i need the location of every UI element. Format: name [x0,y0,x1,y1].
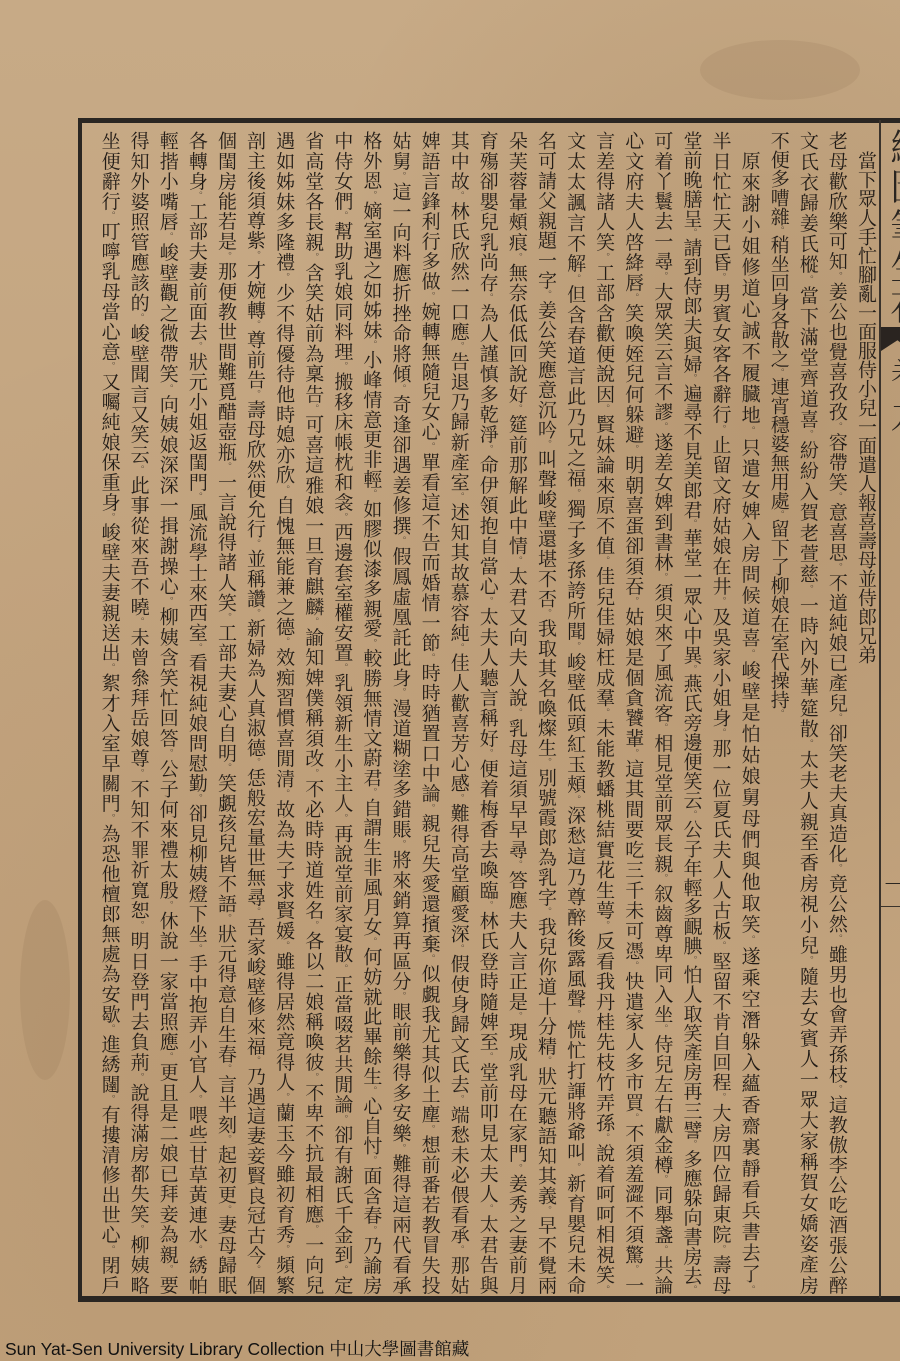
library-collection-caption: Sun Yat-Sen University Library Collectio… [5,1336,469,1361]
text-column: 文太太諷言不解。但含春道言此乃兄之福。獨子多孫誇所聞。峻壁低頭紅玉頰。深愁這乃尊… [560,131,589,1294]
paper-stain [20,900,70,1080]
text-column: 得知外婆照管應該的。峻壁聞言又笑云。此事從來吾不曉。未曾叅拜岳娘尊。不知不罪祈寬… [124,131,153,1294]
banner-book-title: 繪圖筆生花 [884,128,900,328]
text-column: 不便多嘈雜。稍坐回身各散之。連宵穩婆無用處。留下了柳娘在室代操持。 [764,131,793,1294]
text-column: 言差得諸人笑。工部含歡便說因。賢妹論來原不值。佳兒佳婦枉成羣。未能教蟠桃結實花生… [589,131,618,1294]
fishtail-mark-icon [881,327,900,351]
text-column: 老母歡欣樂可知。姜公也覺喜孜孜。容帶笑。意喜思。不道純娘已產兒。卻笑老夫真造化。… [822,131,851,1294]
banner-tick-line [880,906,900,907]
text-column: 文氏衣歸姜氏樅。當下滿堂齊道喜。紛紛入賀老萱慈。一時內外華筵散。太夫人親至香房視… [793,131,822,1294]
text-column: 心文府夫人啓絳唇。笑喚姪兒何躲避。明朝喜蛋卻須吞。姑娘是個貪饕輩。這其間要吃三千… [618,131,647,1294]
text-column: 婢語言鋒利行多做。婉轉無隨兒女心。單看這不告而婚情一節。時時猶置口中論。親兒失愛… [415,131,444,1294]
text-column: 格外恩。嫡室遇之如姊妹。小峰情意更非輕。如膠似漆多親愛。較勝無情文蔚君。自謂生非… [356,131,385,1294]
text-column: 當下眾人手忙腳亂一面服侍小兒一面遣人報喜壽母並侍郎兄弟 [851,131,880,1294]
text-column: 剖主後須尊紫。才婉轉。尊前告。壽母欣然便允行。並稱讚。新婦為人真淑德。恁般宏量世… [240,131,269,1294]
text-column: 姑舅。這一向料應折挫命將傾。奇逢卻遇姜修撰。假鳳虛凰託此身。漫道糊塗多錯賬。將來… [385,131,414,1294]
paper-stain [700,40,860,100]
text-column: 可着丫鬟去一尋。大眾笑云言不謬。遂差女婢到書林。須臾來了風流客。相見堂前眾長親。… [647,131,676,1294]
main-text-block: 當下眾人手忙腳亂一面服侍小兒一面遣人報喜壽母並侍郎兄弟 老母歡欣樂可知。姜公也覺… [94,131,880,1294]
text-column: 省高堂各長親。含笑姑前為稟告。可喜這雅娘一旦育麒麟。諭知婢僕稱須改。不必時時道姓… [298,131,327,1294]
text-column: 原來謝小姐修道心誠不履臓地。只遣女婢入房問候道喜。峻壁是怕姑娘舅母們與他取笑。遂… [735,131,764,1294]
banner-page-number: 一 [884,872,900,902]
page-frame-top-border [78,118,900,123]
banner-volume-label: 卷九 [884,356,900,436]
text-column: 其中故。林氏欣然一口應。告退乃歸新產室。述知其故慕容純。佳人歡喜芳心感。難得高堂… [444,131,473,1294]
text-column: 輕揩小嘴唇。峻壁觀之微帶笑。向姨娘深深一揖謝操心。柳姨含笑忙回答。公子何來禮太殷… [153,131,182,1294]
text-column: 坐便辭行。叮嚀乳母當心意。又囑純娘保重身。峻壁夫妻親送出。絮才入室早關門。為恐他… [94,131,123,1294]
text-column: 朵芙蓉暈頰痕。無奈低低回說好。筵前那解此中情。太君又向夫人說。乳母這須早早尋。答… [502,131,531,1294]
text-column: 名可請父親題一字。姜公笑應意沉吟。叫聲峻壁還堪不否。我取其名喚燦生。別號霞郎為乳… [531,131,560,1294]
text-column: 遇如姊妹多隆禮。少不得優待他時媳亦欣。自愧無能兼之德。效痴習慣喜閒清。故為夫子求… [269,131,298,1294]
text-column: 各轉身。工部夫妻前面去。狀元小姐返閨門。風流學士來西室。看視純娘問慰勤。卻見柳姨… [182,131,211,1294]
text-column: 育殤卻嬰兒乳尚存。為人謹慎多乾淨。命伊領抱自當心。太夫人聽言稱好。便着梅香去喚臨… [473,131,502,1294]
text-column: 中侍女們。幫助乳娘同料理。搬移床帳枕和衾。西邊套室權安置。乳領新生小主人。再說堂… [327,131,356,1294]
text-column: 堂前晚膳呈。請到侍郎夫與婦。遍尋不見美郎君。華堂一眾心中異。燕氏旁邊便笑云。公子… [676,131,705,1294]
text-column: 個閨房能若是。那便教世間難覓醋壺瓶。一言說得諸人笑。工部夫妻心自明。笑覷孩兒皆不… [211,131,240,1294]
page-frame-bottom-border [78,1296,900,1302]
page-frame-left-border [78,118,82,1302]
text-column: 半日忙忙天已昏。男賓女客各辭行。止留文府姑娘在井。及吳家小姐身。那一位夏氏夫人人… [705,131,734,1294]
